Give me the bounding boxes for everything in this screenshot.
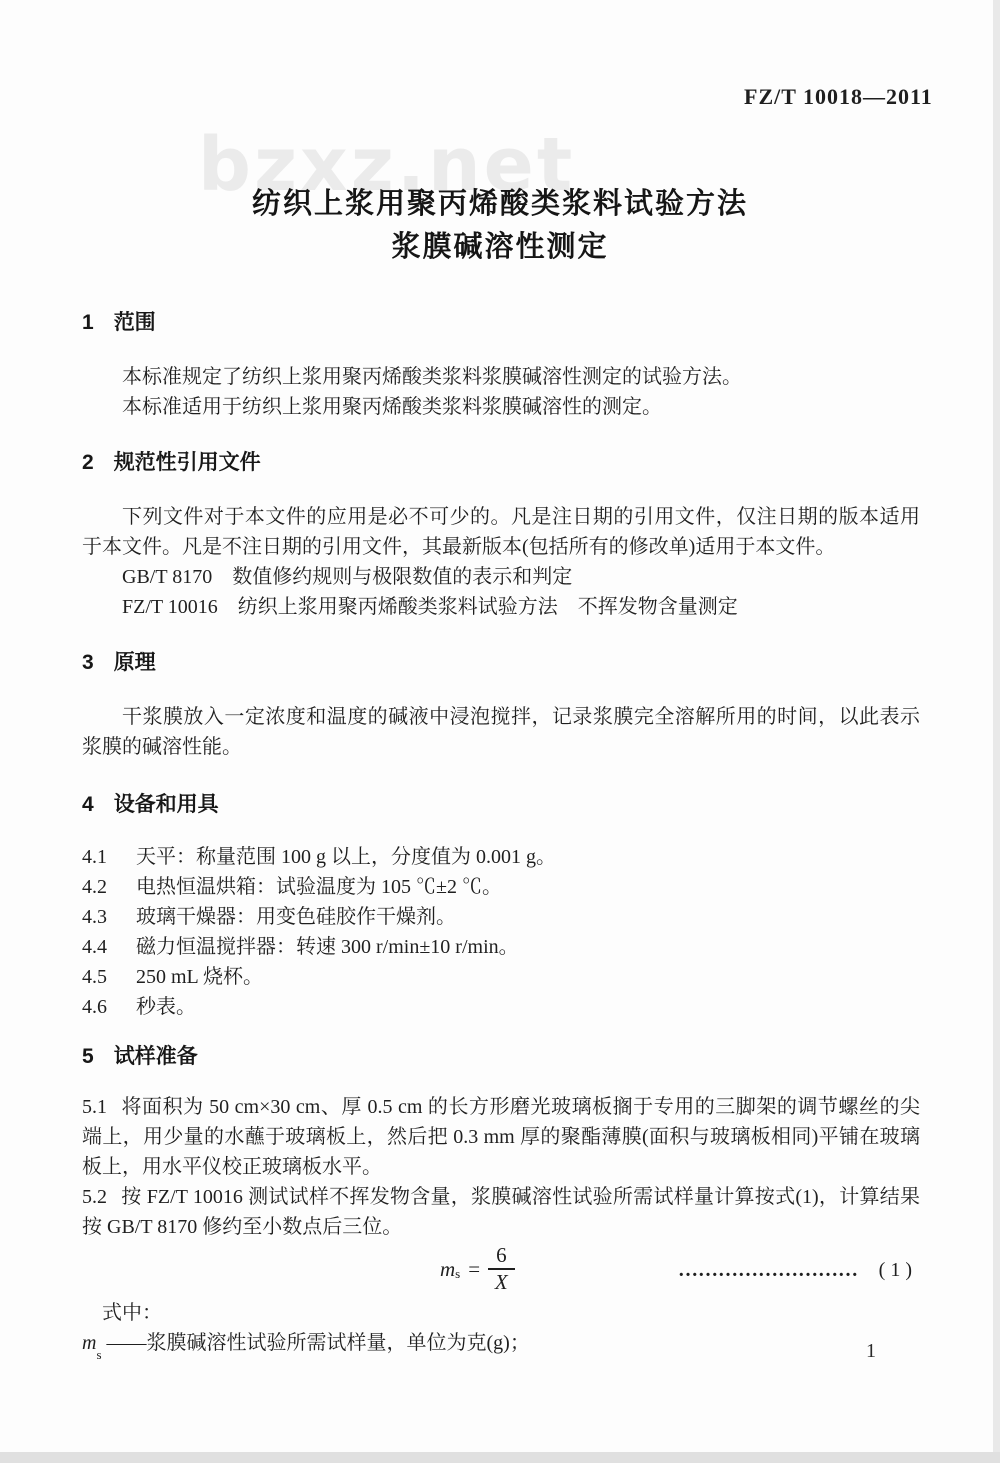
clause-number: 4.2 (82, 872, 136, 902)
section-3-paragraph-1: 干浆膜放入一定浓度和温度的碱液中浸泡搅拌，记录浆膜完全溶解所用的时间，以此表示浆… (82, 702, 920, 762)
variable-subscript: s (96, 1347, 101, 1362)
formula-dotted-leader: ………………………… (678, 1255, 858, 1285)
equals-sign: = (468, 1254, 480, 1284)
clause-text: 250 mL 烧杯。 (136, 962, 920, 992)
clause-number: 5.2 (82, 1186, 107, 1208)
clause-text: 按 FZ/T 10016 测试试样不挥发物含量，浆膜碱溶性试验所需试样量计算按式… (82, 1186, 920, 1238)
clause-text: 玻璃干燥器：用变色硅胶作干燥剂。 (136, 902, 920, 932)
clause-text: 天平：称量范围 100 g 以上，分度值为 0.001 g。 (136, 842, 920, 872)
normative-reference-1: GB/T 8170 数值修约规则与极限数值的表示和判定 (82, 562, 920, 592)
clause-number: 4.1 (82, 842, 136, 872)
equipment-item: 4.4 磁力恒温搅拌器：转速 300 r/min±10 r/min。 (82, 932, 920, 962)
clause-number: 4.3 (82, 902, 136, 932)
document-title-line2: 浆膜碱溶性测定 (0, 224, 1000, 265)
section-4-heading: 4设备和用具 (82, 790, 920, 820)
section-1-heading: 1范围 (82, 308, 920, 338)
equipment-item: 4.5 250 mL 烧杯。 (82, 962, 920, 992)
section-2-title: 规范性引用文件 (114, 451, 261, 474)
section-4-title: 设备和用具 (114, 793, 219, 816)
variable-definition: ms ——浆膜碱溶性试验所需试样量，单位为克(g)； (82, 1328, 920, 1365)
formula-subscript: s (455, 1259, 460, 1289)
clause-number: 5.1 (82, 1096, 107, 1118)
equipment-item: 4.6 秒表。 (82, 992, 920, 1022)
page-number: 1 (866, 1340, 876, 1363)
fraction-denominator: X (488, 1270, 515, 1294)
clause-text: 将面积为 50 cm×30 cm、厚 0.5 cm 的长方形磨光玻璃板搁于专用的… (82, 1096, 920, 1178)
document-body: 1范围 本标准规定了纺织上浆用聚丙烯酸类浆料浆膜碱溶性测定的试验方法。 本标准适… (82, 296, 920, 1365)
formula-expression: ms = 6 X (440, 1244, 515, 1294)
clause-number: 4.4 (82, 932, 136, 962)
equipment-item: 4.2 电热恒温烘箱：试验温度为 105 ℃±2 ℃。 (82, 872, 920, 902)
page-edge-bottom (0, 1452, 1000, 1463)
clause-5-2: 5.2按 FZ/T 10016 测试试样不挥发物含量，浆膜碱溶性试验所需试样量计… (82, 1182, 920, 1242)
section-4-number: 4 (82, 793, 94, 816)
section-2-number: 2 (82, 451, 94, 474)
section-1-title: 范围 (114, 311, 156, 334)
clause-text: 磁力恒温搅拌器：转速 300 r/min±10 r/min。 (136, 932, 920, 962)
section-1-paragraph-1: 本标准规定了纺织上浆用聚丙烯酸类浆料浆膜碱溶性测定的试验方法。 (82, 362, 920, 392)
equipment-item: 4.1 天平：称量范围 100 g 以上，分度值为 0.001 g。 (82, 842, 920, 872)
section-3-heading: 3原理 (82, 648, 920, 678)
section-2-heading: 2规范性引用文件 (82, 448, 920, 478)
document-title-line1: 纺织上浆用聚丙烯酸类浆料试验方法 (0, 181, 1000, 222)
section-3-number: 3 (82, 651, 94, 674)
clause-text: 秒表。 (136, 992, 920, 1022)
formula-number-label: ( 1 ) (879, 1255, 912, 1285)
page-edge-right (993, 0, 1000, 1463)
equipment-item: 4.3 玻璃干燥器：用变色硅胶作干燥剂。 (82, 902, 920, 932)
section-1-number: 1 (82, 311, 94, 334)
fraction: 6 X (488, 1244, 515, 1294)
variable-description: ——浆膜碱溶性试验所需试样量，单位为克(g)； (107, 1332, 530, 1354)
formula-variable: m (440, 1254, 455, 1284)
section-3-title: 原理 (114, 651, 156, 674)
normative-reference-2: FZ/T 10016 纺织上浆用聚丙烯酸类浆料试验方法 不挥发物含量测定 (82, 592, 920, 622)
clause-number: 4.5 (82, 962, 136, 992)
formula-1: ms = 6 X ………………………… ( 1 ) (82, 1244, 920, 1296)
standard-document-page: FZ/T 10018—2011 bzxz.net 纺织上浆用聚丙烯酸类浆料试验方… (0, 0, 1000, 1463)
clause-5-1: 5.1将面积为 50 cm×30 cm、厚 0.5 cm 的长方形磨光玻璃板搁于… (82, 1092, 920, 1182)
fraction-numerator: 6 (488, 1244, 515, 1270)
standard-number: FZ/T 10018—2011 (744, 84, 933, 110)
clause-number: 4.6 (82, 992, 136, 1022)
section-5-number: 5 (82, 1045, 94, 1068)
section-5-title: 试样准备 (114, 1045, 198, 1068)
section-2-paragraph-1: 下列文件对于本文件的应用是必不可少的。凡是注日期的引用文件，仅注日期的版本适用于… (82, 502, 920, 562)
section-1-paragraph-2: 本标准适用于纺织上浆用聚丙烯酸类浆料浆膜碱溶性的测定。 (82, 392, 920, 422)
section-5-heading: 5试样准备 (82, 1042, 920, 1072)
clause-text: 电热恒温烘箱：试验温度为 105 ℃±2 ℃。 (136, 872, 920, 902)
where-label: 式中： (82, 1298, 920, 1328)
variable-symbol: m (82, 1332, 96, 1354)
